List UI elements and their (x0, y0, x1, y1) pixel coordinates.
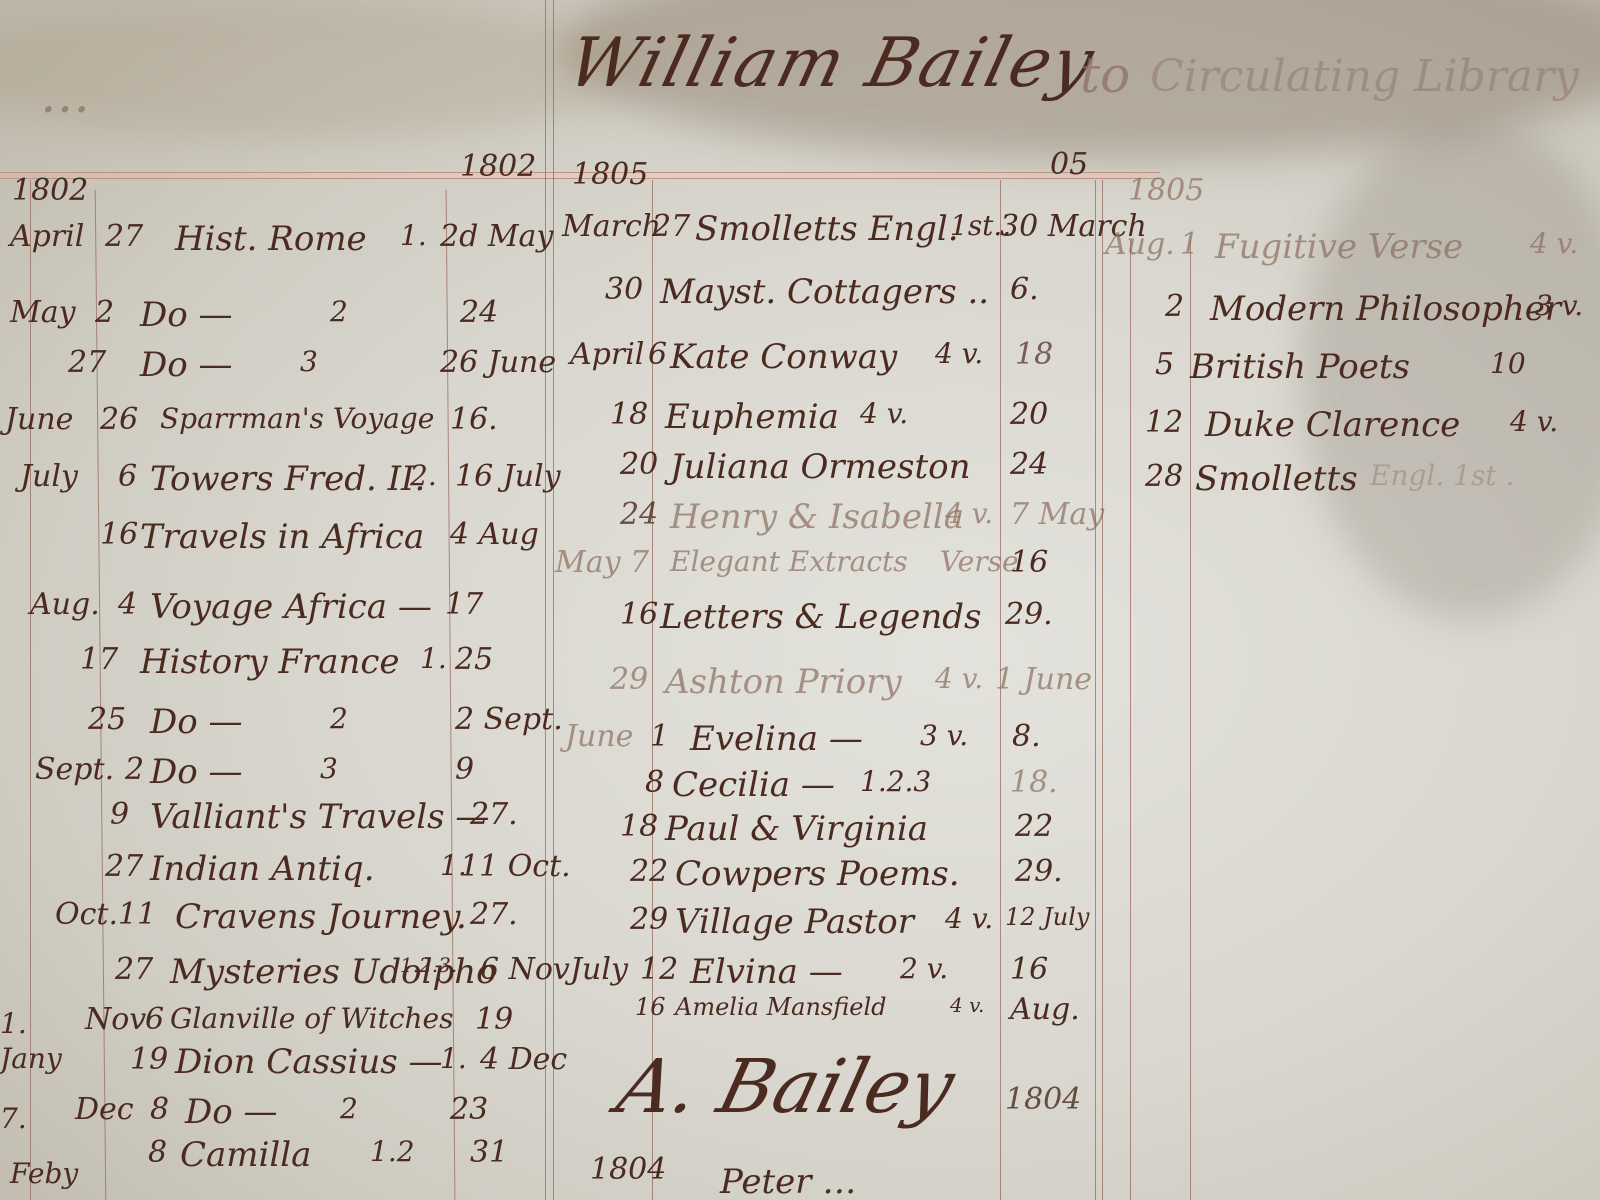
volume: 4 v. (945, 905, 993, 933)
month: May (555, 548, 621, 578)
volume: 10 (1490, 350, 1526, 378)
book-title: Letters & Legends (660, 600, 981, 634)
day: 26 (100, 405, 138, 435)
book-title: Travels in Africa (140, 520, 424, 554)
book-title: Mayst. Cottagers .. (660, 275, 989, 309)
book-title: Glanville of Witches (170, 1005, 453, 1033)
day: 29 (630, 905, 668, 935)
volume: 4 v. (1510, 408, 1558, 436)
day: 5 (1155, 350, 1174, 380)
day: 27 (115, 955, 153, 985)
margin-fragment: 7. (0, 1105, 27, 1133)
signature-year: 1804 (1005, 1085, 1081, 1115)
returned: 20 (1010, 400, 1048, 430)
returned: 11 Oct. (460, 852, 571, 882)
day: 9 (110, 800, 129, 830)
return-year-middle: 05 (1050, 150, 1088, 180)
day: 27 (105, 222, 143, 252)
month: Aug. (30, 590, 100, 620)
book-title: Amelia Mansfield (675, 995, 887, 1019)
book-title: Valliant's Travels — (150, 800, 489, 834)
day: 6 (648, 340, 667, 370)
month: May (10, 298, 76, 328)
returned: 9 (455, 755, 474, 785)
month: Dec (75, 1095, 134, 1125)
book-title: Do — (150, 755, 243, 789)
book-title: Indian Antiq. (150, 852, 375, 886)
day: 30 (605, 275, 643, 305)
column-rule (1130, 240, 1131, 1200)
day: 6 (118, 462, 137, 492)
returned: Aug. (1010, 995, 1080, 1025)
returned: 4 Dec (480, 1045, 567, 1075)
returned: 16 (1010, 955, 1048, 985)
book-title: Cravens Journey. (175, 900, 467, 934)
returned: 6 Nov (480, 955, 570, 985)
returned: 24 (460, 298, 498, 328)
book-title: Do — (185, 1095, 278, 1129)
volume: 3 v. (920, 722, 968, 750)
book-title: History France (140, 645, 400, 679)
volume: 4 v. (945, 500, 993, 528)
day: 6 (145, 1005, 164, 1035)
book-title: Juliana Ormeston (670, 450, 971, 484)
volume: 2 (330, 705, 348, 733)
volume: Verse (940, 548, 1019, 576)
book-title: Euphemia (665, 400, 839, 434)
book-title: Cecilia — (672, 768, 835, 802)
month: March (562, 212, 661, 242)
volume: 1. (420, 645, 447, 673)
volume: 1. (400, 222, 427, 250)
returned: 18 (1015, 340, 1053, 370)
volume: 3 (320, 755, 338, 783)
book-title: Hist. Rome (175, 222, 367, 256)
day: 16 (100, 520, 138, 550)
month: Nov (85, 1005, 146, 1035)
day: 7 (630, 548, 649, 578)
column-rule (545, 0, 546, 1200)
book-title: Voyage Africa — (150, 590, 432, 624)
volume: 4 v. (935, 340, 983, 368)
book-title: Smolletts Engl. (695, 212, 959, 246)
volume: 1.2 (370, 1138, 415, 1166)
returned: 19 (475, 1005, 513, 1035)
returned: 1 June (995, 665, 1092, 695)
returned: 24 (1010, 450, 1048, 480)
month: June (565, 722, 633, 752)
day: 24 (620, 500, 658, 530)
book-title: Do — (140, 298, 233, 332)
book-title: Dion Cassius — (175, 1045, 443, 1079)
returned: 25 (455, 645, 493, 675)
book-title: Towers Fred. II. (150, 462, 425, 496)
returned: 2d May (440, 222, 553, 252)
day: 11 (118, 900, 156, 930)
volume: 1. (440, 1045, 467, 1073)
column-rule (553, 0, 554, 1200)
book-title: Elegant Extracts (670, 548, 908, 576)
book-title: Ashton Priory (665, 665, 902, 699)
returned: 17 (445, 590, 483, 620)
volume: 3 v. (1535, 292, 1583, 320)
header-faint-left: … (40, 70, 90, 120)
book-title: Elvina — (690, 955, 843, 989)
account-holder-name: William Bailey (562, 30, 1102, 98)
returned: 2 Sept. (455, 705, 563, 735)
volume: Engl. 1st . (1370, 462, 1514, 490)
returned: 16 (1010, 548, 1048, 578)
returned: 26 June (440, 348, 556, 378)
day: 27 (652, 212, 690, 242)
book-title: Camilla (180, 1138, 311, 1172)
column-rule (95, 190, 107, 1200)
day: 2 (125, 755, 144, 785)
next-year: 1804 (590, 1155, 666, 1185)
book-title: Cowpers Poems. (675, 857, 960, 891)
book-title: Duke Clarence (1205, 408, 1460, 442)
book-title: British Poets (1190, 350, 1410, 384)
returned: 27. (470, 800, 518, 830)
book-title: Do — (140, 348, 233, 382)
day: 27 (105, 852, 143, 882)
signature: A. Bailey (611, 1050, 961, 1124)
day: 19 (130, 1045, 168, 1075)
returned: 4 Aug (450, 520, 539, 550)
book-title: Henry & Isabella (670, 500, 964, 534)
day: 1 (1180, 230, 1199, 260)
day: 2 (95, 298, 114, 328)
day: 12 (640, 955, 678, 985)
margin-fragment: Feby (10, 1160, 78, 1188)
returned: 16. (450, 405, 498, 435)
month: Oct. (55, 900, 118, 930)
day: 16 (635, 995, 666, 1019)
returned: 29. (1015, 857, 1063, 887)
volume: 2 v. (900, 955, 948, 983)
day: 27 (68, 348, 106, 378)
returned: 12 July (1005, 905, 1089, 929)
month: April (10, 222, 84, 252)
month: Aug. (1105, 230, 1175, 260)
volume: 4 v. (860, 400, 908, 428)
year-right: 1805 (1128, 176, 1204, 206)
volume: 3 (300, 348, 318, 376)
column-rule (1095, 180, 1096, 1200)
day: 8 (150, 1095, 169, 1125)
day: 25 (88, 705, 126, 735)
volume: 1.2.3. (400, 955, 457, 975)
month: June (5, 405, 73, 435)
book-title: Do — (150, 705, 243, 739)
library-name: Circulating Library (1150, 55, 1579, 99)
volume: 2. (410, 462, 437, 490)
returned: 18. (1010, 768, 1058, 798)
volume: 2 (330, 298, 348, 326)
book-title: Modern Philosopher (1210, 292, 1561, 326)
returned: 8. (1012, 722, 1041, 752)
returned: 6. (1010, 275, 1039, 305)
day: 12 (1145, 408, 1183, 438)
volume: 4 v. (1530, 230, 1578, 258)
year-middle: 1805 (572, 160, 648, 190)
returned: 16 July (455, 462, 561, 492)
day: 18 (620, 812, 658, 842)
month: July (570, 955, 628, 985)
returned: 7 May (1010, 500, 1104, 530)
day: 2 (1165, 292, 1184, 322)
water-stain-left (0, 0, 640, 140)
day: 18 (610, 400, 648, 430)
day: 16 (620, 600, 658, 630)
margin-fragment: Jany (0, 1045, 62, 1073)
day: 4 (118, 590, 137, 620)
book-title: Fugitive Verse (1215, 230, 1463, 264)
month: Sept. (35, 755, 114, 785)
book-title: Sparrman's Voyage (160, 405, 434, 433)
book-title: Village Pastor (675, 905, 914, 939)
next-entry-fragment: Peter … (720, 1165, 856, 1199)
book-title: Paul & Virginia (665, 812, 928, 846)
book-title: Evelina — (690, 722, 863, 756)
returned: 31 (470, 1138, 508, 1168)
year-left: 1802 (12, 176, 88, 206)
return-year-left: 1802 (460, 152, 536, 182)
book-title: Kate Conway (670, 340, 897, 374)
day: 29 (610, 665, 648, 695)
header-title-suffix: to (1080, 50, 1130, 100)
volume: 4 v. (950, 995, 984, 1015)
day: 8 (645, 768, 664, 798)
day: 20 (620, 450, 658, 480)
returned: 27. (470, 900, 518, 930)
volume: 1.2.3 (860, 768, 931, 796)
day: 1 (650, 722, 669, 752)
day: 8 (148, 1138, 167, 1168)
returned: 23 (450, 1095, 488, 1125)
returned: 29. (1005, 600, 1053, 630)
returned: 22 (1015, 812, 1053, 842)
column-rule (1102, 180, 1103, 1200)
margin-fragment: 1. (0, 1010, 27, 1038)
volume: 4 v. (935, 665, 983, 693)
day: 22 (630, 857, 668, 887)
month: April (570, 340, 644, 370)
month: July (20, 462, 78, 492)
book-title: Smolletts (1195, 462, 1358, 496)
volume: 2 (340, 1095, 358, 1123)
day: 17 (80, 645, 118, 675)
day: 28 (1145, 462, 1183, 492)
